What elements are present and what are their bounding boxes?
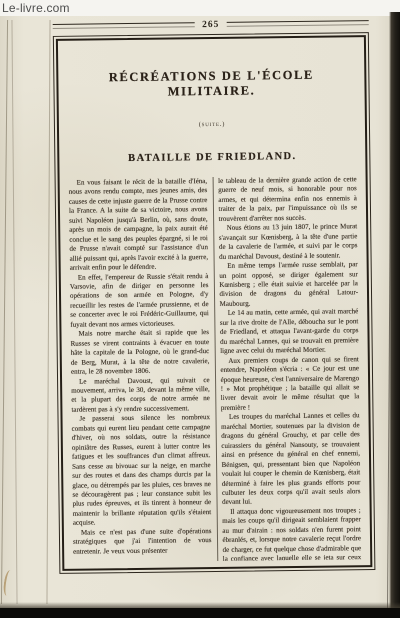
folio-rule-left (53, 22, 195, 29)
watermark-text: Le-livre.com (2, 1, 70, 15)
paragraph: Mais ce n'est pas d'une suite d'opératio… (73, 527, 212, 557)
paragraph: Mais notre marche était si rapide que le… (70, 328, 209, 377)
paragraph: Nous étions au 13 juin 1807, le prince M… (219, 223, 358, 263)
border-frame-inner: RÉCRÉATIONS DE L'ÉCOLE MILITAIRE. (suite… (56, 35, 372, 571)
left-column: En vous faisant le récit de la bataille … (65, 177, 216, 563)
folio-rule-right (226, 20, 368, 27)
paragraph: Le 14 au matin, cette armée, qui avait m… (220, 308, 359, 357)
paragraph: Je passerai sous silence les nombreux co… (71, 413, 211, 528)
folio-row: 265 (53, 16, 369, 33)
page-number: 265 (202, 19, 219, 29)
paragraph: En même temps l'armée russe semblait, pa… (219, 260, 358, 309)
right-column: le tableau de la dernière grande action … (214, 175, 365, 561)
article-title: BATAILLE DE FRIEDLAND. (64, 150, 360, 165)
paragraph: Les troupes du maréchal Lannes et celles… (221, 412, 361, 508)
border-frame-outer: RÉCRÉATIONS DE L'ÉCOLE MILITAIRE. (suite… (53, 32, 376, 574)
paragraph: Il attaqua donc vigoureusement nos troup… (222, 506, 361, 563)
suite-note: (suite.) (64, 119, 360, 130)
page-frame: 265 RÉCRÉATIONS DE L'ÉCOLE MILITAIRE. (s… (53, 16, 376, 570)
paragraph: Aux premiers coups de canon qui se firen… (220, 355, 359, 413)
book-edge-dark-bottom (0, 608, 400, 618)
page-title: RÉCRÉATIONS DE L'ÉCOLE MILITAIRE. (63, 67, 359, 101)
paragraph: En effet, l'empereur de Russie s'était r… (70, 272, 209, 330)
paragraph: En vous faisant le récit de la bataille … (69, 177, 209, 273)
paragraph: le tableau de la dernière grande action … (218, 175, 357, 224)
scanned-book-page: Le-livre.com 265 RÉCRÉATIONS DE L'ÉCOLE … (0, 0, 400, 618)
text-columns: En vous faisant le récit de la bataille … (65, 175, 366, 563)
book-edge-shadow-right (389, 12, 400, 618)
paragraph: Le maréchal Davoust, qui suivait ce mouv… (71, 376, 210, 416)
